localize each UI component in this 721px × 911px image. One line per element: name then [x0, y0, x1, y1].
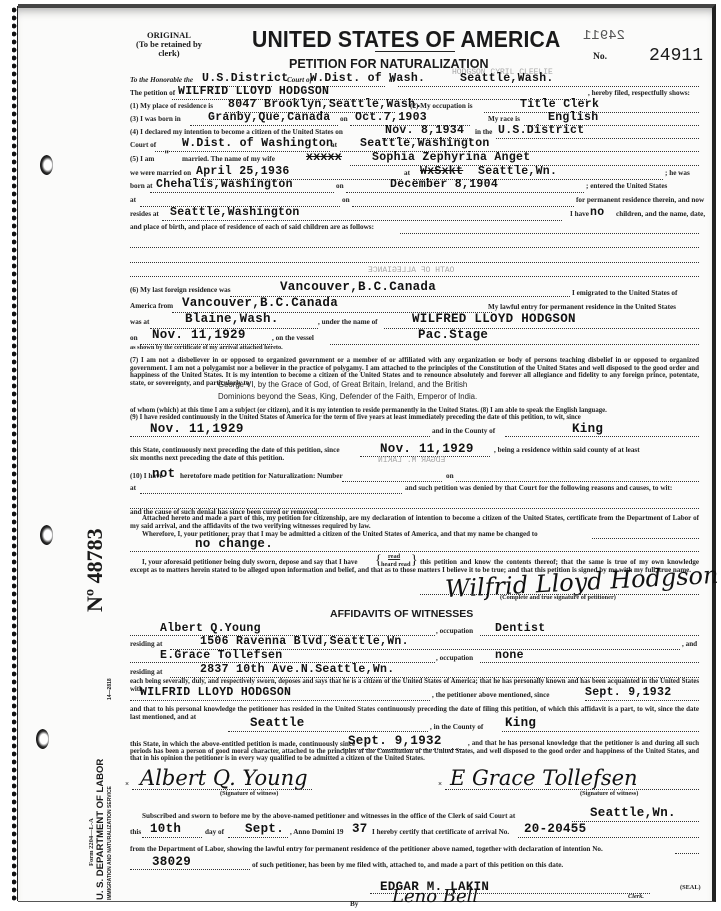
label: , and: [682, 640, 697, 648]
known-since-value: Sept. 9,1932: [585, 686, 671, 699]
children-value: no: [590, 206, 604, 219]
label: (6) My last foreign residence was: [130, 286, 231, 294]
punch-hole: [40, 525, 53, 545]
certificate-number: Nº 48783: [82, 528, 108, 612]
label: and place of birth, and place of residen…: [130, 223, 374, 231]
sovereign-stamp-line2: Dominions beyond the Seas, King, Defende…: [218, 392, 477, 401]
label: six months next preceding the date of th…: [130, 454, 284, 462]
affidavits-heading: AFFIDAVITS OF WITNESSES: [330, 608, 473, 620]
witness1-name: Albert Q.Young: [160, 622, 261, 635]
year-value: 37: [352, 822, 368, 836]
label: on: [130, 334, 138, 342]
label: (5) I am: [130, 155, 154, 163]
county-value: King: [572, 422, 603, 436]
spouse-name-value: Sophia Zephyrina Anget: [372, 151, 530, 164]
witness-caption: (Signature of witness): [220, 790, 278, 797]
state-since-value: Nov. 11,1929: [380, 442, 474, 456]
race-value: English: [548, 111, 598, 124]
label: By: [350, 900, 358, 908]
clerk-label: Clerk.: [628, 893, 644, 900]
label: , on the vessel: [272, 334, 314, 342]
label: , occupation: [436, 654, 473, 662]
court-name: U.S.District: [202, 72, 288, 85]
original-note: ORIGINAL (To be retained by clerk): [135, 31, 203, 58]
label: , in the County of: [430, 723, 483, 731]
label: I emigrated to the United States of: [572, 289, 677, 297]
spouse-residence-value: Seattle,Washington: [170, 206, 300, 219]
department-label: U. S. DEPARTMENT OF LABOR: [95, 759, 106, 900]
knowledge-paragraph: and that to his personal knowledge the p…: [130, 706, 699, 721]
label: My race is: [488, 115, 520, 123]
label: in the: [475, 128, 492, 136]
label: Subscribed and sworn to before me by the…: [142, 812, 515, 820]
entry-name-value: WILFRED LLOYD HODGSON: [412, 312, 576, 326]
witness1-signature: Albert Q. Young: [140, 766, 308, 790]
marriage-place-value: Seattle,Wn.: [478, 165, 557, 178]
label: ; entered the United States: [586, 182, 667, 190]
month-value: Sept.: [245, 822, 284, 836]
form-code: 14—2818: [107, 678, 113, 700]
emigrated-from-value: Vancouver,B.C.Canada: [182, 296, 338, 310]
form-number: Form 2204—L-A: [88, 818, 95, 866]
label: My lawful entry for permanent residence …: [488, 303, 676, 311]
label: children, and the name, date,: [616, 210, 705, 218]
resided-city-value: Seattle: [250, 716, 305, 730]
label: at: [389, 76, 395, 84]
punch-hole: [40, 155, 53, 175]
resided-county-value: King: [505, 716, 536, 730]
label: from the Department of Labor, showing th…: [130, 845, 603, 853]
label: , occupation: [436, 627, 473, 635]
declared-court-value: U.S.District: [498, 124, 584, 137]
court-district: W.Dist. of Wash.: [310, 72, 425, 85]
vessel-value: Pac.Stage: [418, 328, 488, 342]
attached-paragraph: Attached hereto and made a part of this,…: [130, 515, 699, 530]
label: at: [404, 169, 410, 177]
court-city: Seattle,Wash.: [460, 72, 554, 85]
label: ; he was: [665, 169, 690, 177]
label: this State, continuously next preceding …: [130, 446, 340, 454]
marriage-date-value: April 25,1936: [196, 165, 290, 178]
witness2-signature: E Grace Tollefsen: [450, 766, 638, 790]
label: Court of: [287, 76, 312, 84]
mirrored-number-stamp: 24911: [583, 28, 625, 44]
spouse-birthdate-value: December 8,1904: [390, 178, 498, 191]
entry-place-value: Blaine,Wash.: [185, 312, 279, 326]
witness-caption: (Signature of witness): [580, 790, 638, 797]
label: resides at: [130, 210, 159, 218]
petition-number: 24911: [649, 46, 703, 66]
good-moral-paragraph: , and that he has personal knowledge tha…: [130, 740, 699, 763]
number-label: No.: [593, 52, 607, 62]
label: on: [342, 196, 350, 204]
label: as shown by the certificate of my arriva…: [130, 344, 283, 351]
label: heretofore made petition for Naturalizat…: [180, 472, 343, 480]
sovereign-stamp-line1: George VI, by the Grace of God, of Great…: [218, 380, 467, 389]
married-value: ": [164, 150, 170, 160]
label: , under the name of: [318, 318, 378, 326]
residence-value: 8047 Brooklyn,Seattle,Wash.: [228, 98, 422, 111]
label: The petition of: [130, 89, 175, 97]
label: To the Honorable the: [130, 76, 193, 84]
label: residing at: [130, 668, 162, 676]
label: (3) I was born in: [130, 115, 181, 123]
label: , Anno Domini 19: [290, 828, 344, 836]
witness2-occupation: none: [495, 649, 524, 662]
item9-paragraph: (9) I have resided continuously in the U…: [130, 414, 699, 422]
name-change-value: no change.: [195, 537, 273, 551]
spouse-birthplace-value: Chehalis,Washington: [156, 178, 293, 191]
struck-text: xxxxx: [306, 151, 342, 164]
item10-value: not: [152, 467, 175, 481]
seal-label: (SEAL): [680, 884, 701, 891]
label: , the petitioner above mentioned, since: [432, 691, 549, 699]
label: America from: [130, 302, 173, 310]
witness1-address: 1506 Ravenna Blvd,Seattle,Wn.: [200, 635, 409, 648]
title-rule: [375, 51, 455, 52]
sworn-city-value: Seattle,Wn.: [590, 806, 676, 820]
label: we were married on: [130, 169, 191, 177]
label: and in the County of: [432, 427, 495, 435]
affidavit-petitioner-name: WILFRID LLOYD HODGSON: [140, 686, 291, 699]
label: born at: [130, 182, 153, 190]
declaration-number-value: 38029: [152, 855, 191, 869]
label: this: [130, 828, 141, 836]
label: and such petition was denied by that Cou…: [405, 484, 672, 492]
label: day of: [205, 828, 224, 836]
label: on: [446, 472, 454, 480]
witness1-occupation: Dentist: [495, 622, 545, 635]
label: I hereby certify that certificate of arr…: [372, 828, 509, 836]
declared-city-value: Seattle,Washington: [360, 137, 490, 150]
label: (2) My occupation is: [410, 102, 473, 110]
label: on: [340, 115, 348, 123]
label: of such petitioner, has been by me filed…: [252, 861, 563, 869]
faded-bleedthrough: OATH OF ALLEGIANCE: [368, 266, 454, 275]
faded-bleedthrough: EDGAR M. LAKIN: [378, 456, 445, 465]
label: on: [336, 182, 344, 190]
birthplace-value: Granby,Que,Canada: [208, 111, 330, 124]
service-label: IMMIGRATION AND NATURALIZATION SERVICE: [107, 786, 113, 900]
punch-hole: [36, 729, 49, 749]
label: at: [331, 141, 337, 149]
deputy-signature: Leno Bell: [392, 886, 478, 907]
label: Court of: [130, 141, 156, 149]
birthdate-value: Oct.7,1903: [355, 111, 427, 124]
label: was at: [130, 318, 149, 326]
label: residing at: [130, 640, 162, 648]
witness2-address: 2837 10th Ave.N.Seattle,Wn.: [200, 663, 394, 676]
declared-district-value: W.Dist. of Washington: [182, 137, 333, 150]
declared-date-value: Nov. 8,1934: [385, 124, 464, 137]
occupation-value: Title Clerk: [520, 98, 599, 111]
label: (4) I declared my intention to become a …: [130, 128, 343, 136]
label: , being a residence within said county o…: [494, 446, 640, 454]
document-title: UNITED STATES OF AMERICA: [252, 26, 561, 53]
label: , hereby filed, respectfully shows:: [588, 89, 690, 97]
last-foreign-value: Vancouver,B.C.Canada: [280, 280, 436, 294]
label: for permanent residence therein, and now: [576, 196, 704, 204]
label: married. The name of my wife: [182, 155, 275, 163]
us-since-value: Nov. 11,1929: [150, 422, 244, 436]
signature-caption: (Complete and true signature of petition…: [500, 594, 616, 601]
label: I have: [570, 210, 589, 218]
struck-place: WxSxkt: [420, 165, 463, 178]
label: (1) My place of residence is: [130, 102, 213, 110]
day-value: 10th: [150, 822, 181, 836]
entry-date-value: Nov. 11,1929: [152, 328, 246, 342]
petitioner-name: WILFRID LLOYD HODGSON: [178, 85, 329, 98]
witness2-name: E.Grace Tollefsen: [160, 649, 282, 662]
arrival-number-value: 20-20455: [524, 822, 586, 836]
